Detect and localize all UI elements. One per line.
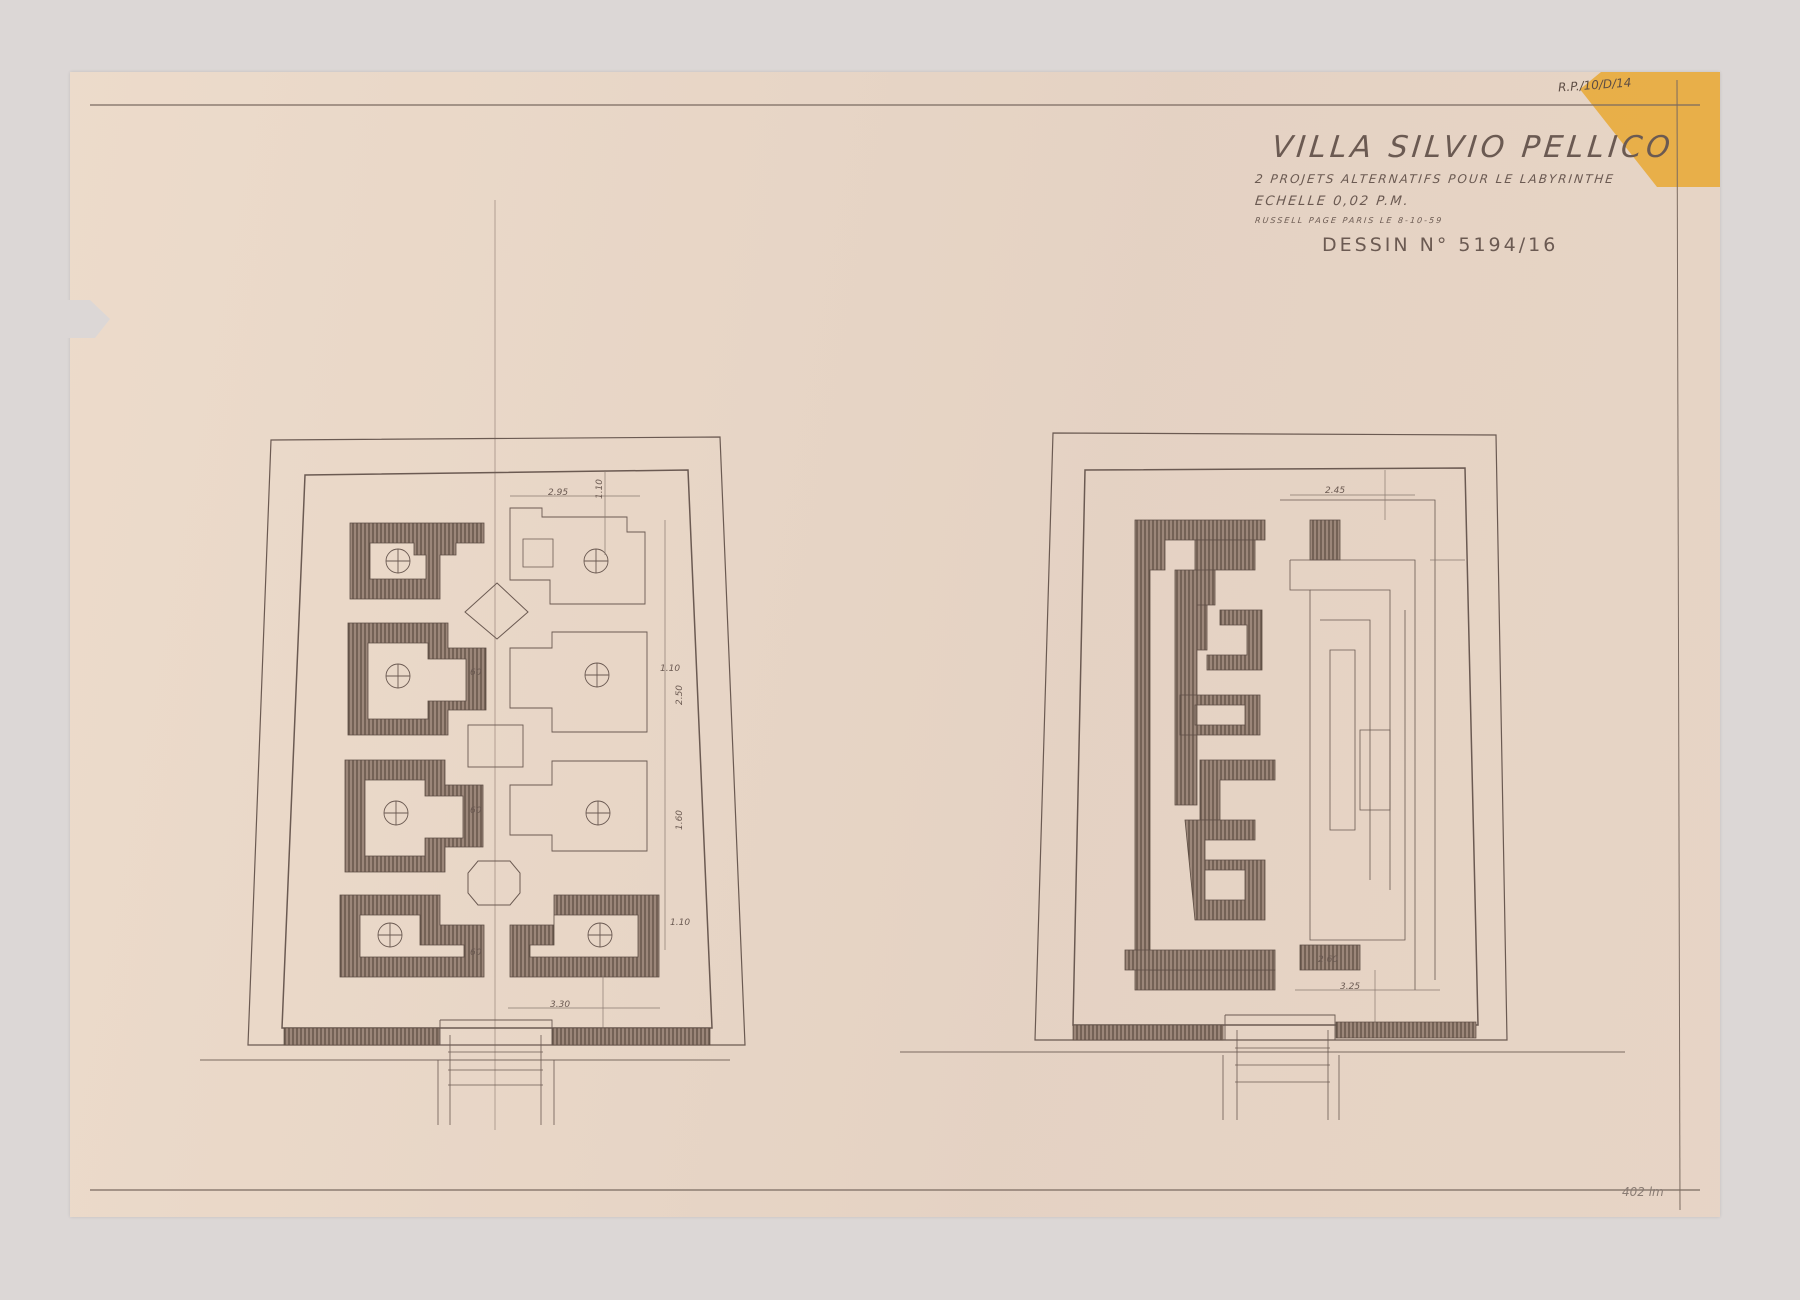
dim-label: 1.60 [675, 810, 685, 830]
archive-reference-bottom: 402 lm [1622, 1185, 1664, 1199]
drawing-subtitle: 2 PROJETS ALTERNATIFS POUR LE LABYRINTHE [1254, 172, 1615, 186]
plan-right [1035, 433, 1507, 1120]
dim-label: 1.10 [660, 664, 680, 674]
dim-label: 2.50 [675, 685, 685, 705]
dim-label: 2.95 [548, 488, 568, 498]
dim-label: 3.25 [1340, 982, 1360, 992]
drawing-number: DESSIN N° 5194/16 [1322, 234, 1558, 256]
dim-label: 2.45 [1325, 486, 1345, 496]
dim-label: 60 [470, 806, 481, 816]
dim-label: 1.10 [670, 918, 690, 928]
dim-label: 60 [470, 668, 481, 678]
dim-label: 1.10 [595, 479, 605, 499]
drawing-author-date: RUSSELL PAGE PARIS LE 8-10-59 [1255, 216, 1444, 225]
dim-label: 2.60 [1318, 955, 1338, 965]
dim-label: 60 [470, 948, 481, 958]
plan-left [248, 437, 745, 1125]
drawing-scale: ECHELLE 0,02 P.M. [1254, 194, 1410, 209]
dim-label: 3.30 [550, 1000, 570, 1010]
drawing-layer [0, 0, 1800, 1300]
drawing-title: VILLA SILVIO PELLICO [1270, 130, 1675, 165]
